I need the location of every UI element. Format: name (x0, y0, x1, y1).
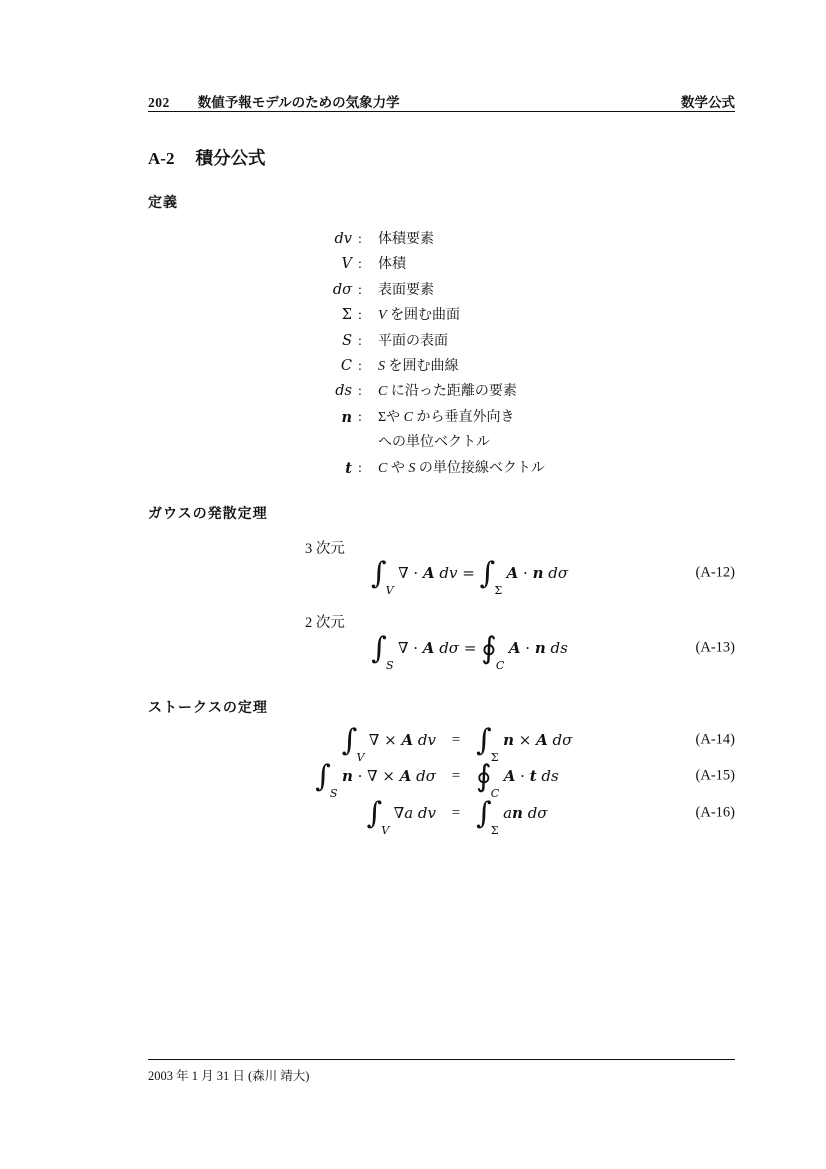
definition-colon: : (352, 456, 368, 481)
definition-colon: : (352, 278, 368, 303)
definition-colon: : (352, 303, 368, 328)
definition-description: 体積 (368, 252, 406, 277)
equation-a13: ∫S∇ · A dσ = ∮CA · n ds (371, 633, 568, 663)
definition-colon: : (352, 379, 368, 404)
equation-number-a13: (A-13) (696, 640, 735, 657)
definition-description: 平面の表面 (368, 329, 448, 354)
header-book-title: 数値予報モデルのための気象力学 (198, 91, 400, 111)
section-heading: A-2 積分公式 (148, 145, 265, 170)
equation-number-a14: (A-14) (696, 732, 735, 749)
definition-row: dσ : 表面要素 (300, 278, 620, 303)
section-number: A-2 (148, 149, 174, 169)
document-page: 202 数値予報モデルのための気象力学 数学公式 A-2 積分公式 定義 dv … (0, 0, 826, 1169)
definition-row: V : 体積 (300, 252, 620, 277)
definition-colon: : (352, 252, 368, 277)
equation-number-a12: (A-12) (696, 565, 735, 582)
definition-description: 体積要素 (368, 227, 434, 252)
definition-description: 表面要素 (368, 278, 434, 303)
definition-description: V を囲む曲面 (368, 303, 460, 328)
definition-row: n : Σや C から垂直外向きへの単位ベクトル (300, 405, 620, 456)
footer-date-author: 2003 年 1 月 31 日 (森川 靖大) (148, 1066, 309, 1084)
definition-row: dv : 体積要素 (300, 227, 620, 252)
equation-row: ∫V∇a dv = ∫Σan dσ (A-16) (148, 795, 735, 831)
equation-row: ∫Sn · ∇ × A dσ = ∮CA · t ds (A-15) (148, 758, 735, 794)
definition-symbol: t (300, 456, 352, 482)
definition-description: Σや C から垂直外向きへの単位ベクトル (368, 405, 515, 456)
definition-symbol: Σ (300, 303, 352, 328)
definition-colon: : (352, 405, 368, 430)
equation-a14-lhs: ∫V∇ × A dv (148, 725, 436, 755)
definition-colon: : (352, 329, 368, 354)
stokes-theorem-heading: ストークスの定理 (148, 697, 268, 717)
header-section-title: 数学公式 (681, 91, 735, 111)
equation-a15-lhs: ∫Sn · ∇ × A dσ (148, 761, 436, 791)
section-title-text: 積分公式 (195, 145, 265, 170)
equation-row: ∫V∇ × A dv = ∫Σn × A dσ (A-14) (148, 722, 735, 758)
equals-sign: = (436, 768, 476, 785)
definition-symbol: dσ (300, 278, 352, 303)
definition-row: S : 平面の表面 (300, 329, 620, 354)
equation-row: ∫S∇ · A dσ = ∮CA · n ds (A-13) (148, 626, 735, 670)
definition-symbol: V (300, 252, 352, 277)
gauss-theorem-heading: ガウスの発散定理 (148, 503, 268, 523)
equation-a16-lhs: ∫V∇a dv (148, 798, 436, 828)
definition-symbol: dv (300, 227, 352, 252)
definition-description: C に沿った距離の要素 (368, 379, 517, 404)
header-rule (148, 111, 735, 112)
definition-symbol: n (300, 405, 352, 431)
definition-colon: : (352, 227, 368, 252)
equation-a12: ∫V∇ · A dv = ∫ΣA · n dσ (371, 558, 568, 588)
equals-sign: = (436, 805, 476, 822)
equals-sign: = (436, 732, 476, 749)
definitions-heading: 定義 (148, 192, 178, 212)
definitions-list: dv : 体積要素 V : 体積 dσ : 表面要素 Σ : V を囲む曲面 S… (300, 227, 620, 482)
equation-number-a15: (A-15) (696, 768, 735, 785)
page-header: 202 数値予報モデルのための気象力学 数学公式 (148, 91, 735, 111)
definition-symbol: C (300, 354, 352, 379)
definition-colon: : (352, 354, 368, 379)
footer-rule (148, 1059, 735, 1060)
definition-row: Σ : V を囲む曲面 (300, 303, 620, 328)
definition-row: ds : C に沿った距離の要素 (300, 379, 620, 404)
equation-row: ∫V∇ · A dv = ∫ΣA · n dσ (A-12) (148, 551, 735, 595)
equation-number-a16: (A-16) (696, 805, 735, 822)
page-number: 202 (148, 95, 170, 111)
definition-symbol: ds (300, 379, 352, 404)
definition-description: S を囲む曲線 (368, 354, 459, 379)
definition-symbol: S (300, 329, 352, 354)
definition-row: t : C や S の単位接線ベクトル (300, 456, 620, 482)
definition-row: C : S を囲む曲線 (300, 354, 620, 379)
definition-description: C や S の単位接線ベクトル (368, 456, 545, 481)
